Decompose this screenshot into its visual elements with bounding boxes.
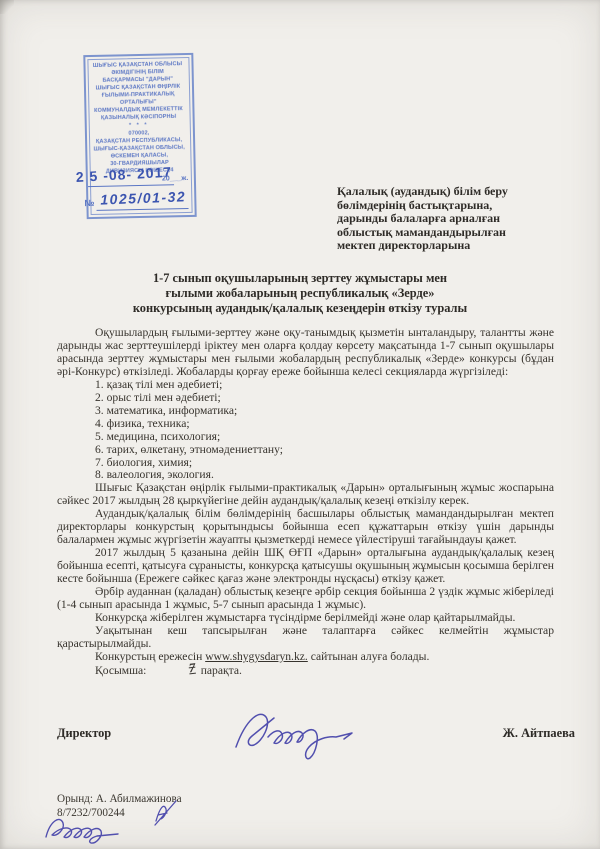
stamp-number-row: № 1025/01-32 [84, 191, 199, 215]
printed-year-suffix: 20___ж. [162, 175, 189, 183]
recipient-line: облыстық мамандандырылған [337, 226, 577, 240]
handwritten-page-count: 7 [149, 661, 199, 679]
paragraph-submission: 2017 жылдың 5 қазанына дейін ШҚ ӨҒП «Дар… [57, 547, 554, 586]
registration-stamp: ШЫҒЫС ҚАЗАҚСТАН ОБЛЫСЫ ӘКІМДІГІНІҢ БІЛІМ… [83, 53, 196, 219]
recipient-line: Қалалық (аудандық) білім беру [337, 185, 577, 199]
section-list-item: 6. тарих, өлкетану, этномәдениеттану; [57, 444, 554, 457]
date-underline [88, 184, 174, 187]
handwritten-doc-number: 1025/01-32 [100, 188, 186, 207]
approval-initials-icon [150, 797, 184, 827]
paragraph-intro: Оқушылардың ғылыми-зерттеу және оқу-таны… [57, 327, 554, 379]
recipient-line: бөлімдерінің бастықтарына, [337, 199, 577, 213]
rules-text-suffix: сайтынан алуға болады. [308, 650, 430, 663]
section-list-item: 3. математика, информатика; [57, 405, 554, 418]
executor-signature-icon [42, 813, 152, 845]
paragraph-coordinators: Аудандық/қалалық білім бөлімдерінің басш… [57, 508, 554, 547]
paragraph-late-works: Уақытынан кеш тапсырылған және талаптарғ… [57, 625, 554, 651]
handwritten-date: 2 5 -08- 2017 [75, 164, 172, 185]
section-list-item: 2. орыс тілі мен әдебиеті; [57, 392, 554, 405]
attachment-suffix: парақта. [198, 664, 242, 677]
paragraph-rules-site: Конкурстың ережесін www.shygysdaryn.kz. … [57, 651, 554, 664]
site-url: www.shygysdaryn.kz. [205, 650, 308, 663]
stamp-text-block: ШЫҒЫС ҚАЗАҚСТАН ОБЛЫСЫ ӘКІМДІГІНІҢ БІЛІМ… [87, 60, 189, 176]
section-list-item: 1. қазақ тілі мен әдебиеті; [57, 379, 554, 392]
paragraph-no-return: Конкурсқа жіберілген жұмыстарға түсіндір… [57, 612, 554, 625]
stamp-date-row: 2 5 -08- 2017 20___ж. [76, 165, 206, 190]
signer-role: Директор [57, 726, 111, 741]
section-list-item: 4. физика, техника; [57, 418, 554, 431]
executor-line: Орынд: А. Абилмажинова [57, 793, 357, 807]
scanned-letter-page: ШЫҒЫС ҚАЗАҚСТАН ОБЛЫСЫ ӘКІМДІГІНІҢ БІЛІМ… [0, 0, 600, 849]
section-list-item: 5. медицина, психология; [57, 431, 554, 444]
scan-corner-shade [0, 0, 14, 14]
director-signature [230, 703, 370, 763]
title-line: конкурсының аудандық/қалалық кезеңдерін … [60, 301, 540, 316]
number-sign: № [84, 198, 94, 208]
paragraph-quota: Әрбір ауданнан (қаладан) облыстық кезеңг… [57, 586, 554, 612]
paragraph-attachment: Қосымша: 7 парақта. [57, 664, 554, 678]
letter-body: Оқушылардың ғылыми-зерттеу және оқу-таны… [57, 327, 554, 678]
executor-signature [42, 813, 152, 845]
director-signature-icon [230, 703, 370, 763]
recipient-line: дарынды балаларға арналған [337, 212, 577, 226]
attachment-label: Қосымша: [95, 664, 149, 677]
number-underline [97, 208, 189, 211]
recipient-block: Қалалық (аудандық) білім беру бөлімдерін… [337, 185, 577, 253]
recipient-line: мектеп директорларына [337, 239, 577, 253]
paragraph-deadline: Шығыс Қазақстан өңірлік ғылыми-практикал… [57, 482, 554, 508]
title-line: ғылыми жобаларының республикалық «Зерде» [60, 286, 540, 301]
document-title: 1-7 сынып оқушыларының зерттеу жұмыстары… [60, 271, 540, 317]
signer-name: Ж. Айтпаева [503, 726, 575, 741]
title-line: 1-7 сынып оқушыларының зерттеу жұмыстары… [60, 271, 540, 286]
section-list: 1. қазақ тілі мен әдебиеті; 2. орыс тілі… [57, 379, 554, 483]
approval-initials-mark [150, 797, 184, 827]
